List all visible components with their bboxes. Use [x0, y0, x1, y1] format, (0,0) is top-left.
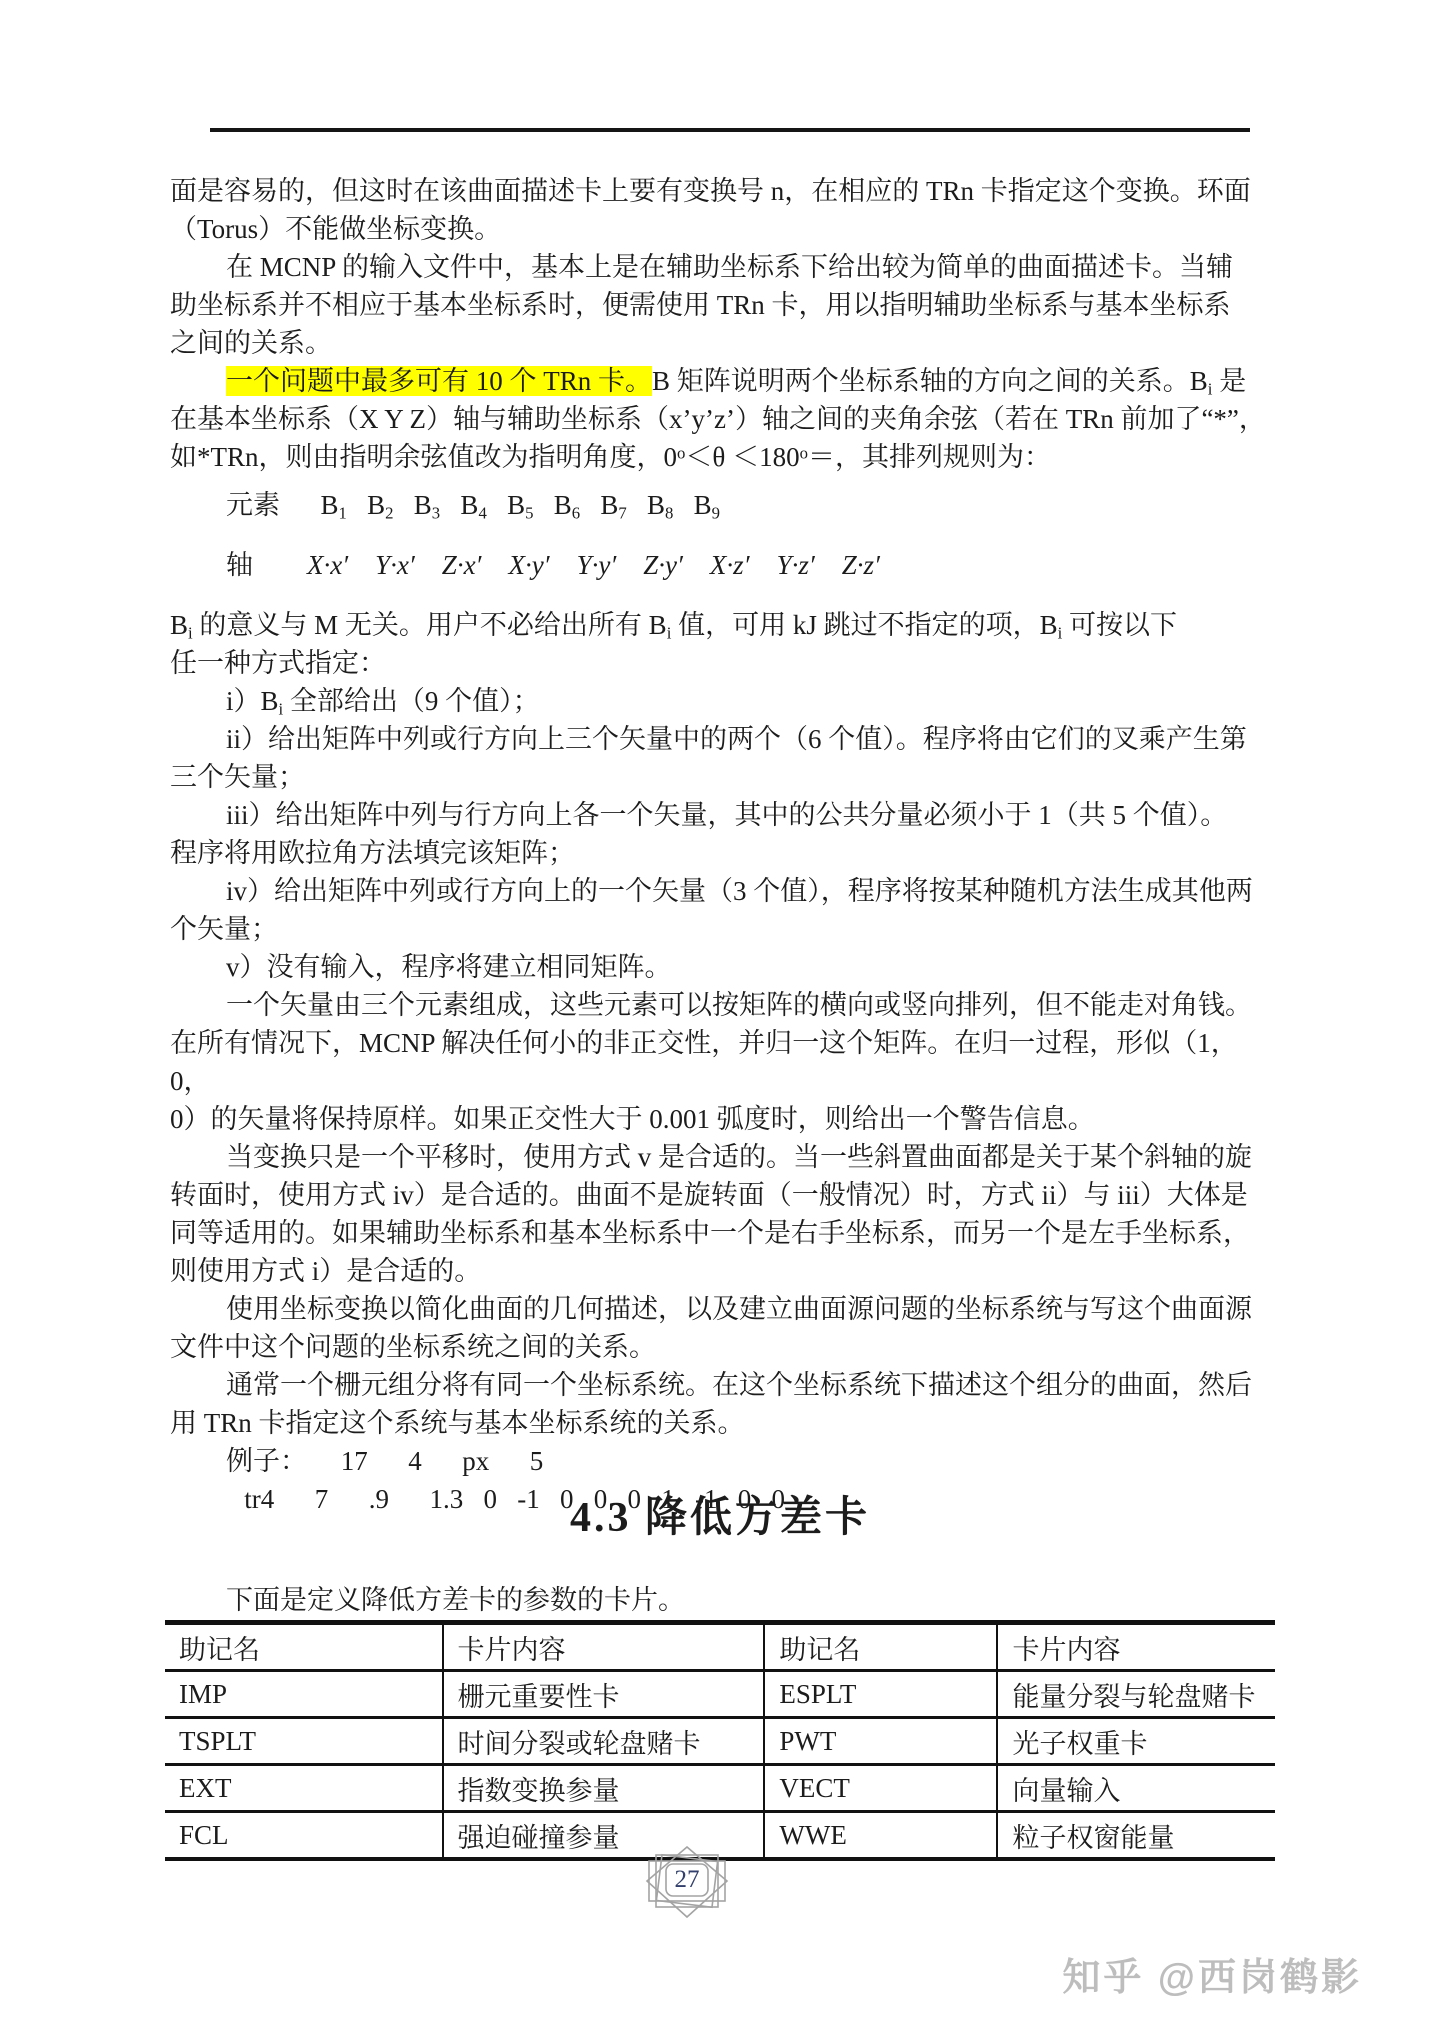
text-segment: Z·z′: [842, 550, 880, 580]
text-segment: 轴: [226, 550, 307, 580]
text-line: 一个矢量由三个元素组成，这些元素可以按矩阵的横向或竖向排列，但不能走对角钱。: [170, 986, 1276, 1024]
text-segment: 7: [618, 504, 626, 523]
table-cell: 粒子权窗能量: [997, 1812, 1275, 1860]
text-segment: B: [554, 490, 572, 520]
text-segment: 元素: [226, 490, 321, 520]
body-text: 面是容易的，但这时在该曲面描述卡上要有变换号 n，在相应的 TRn 卡指定这个变…: [170, 172, 1276, 1518]
text-line: 轴 X·x′ Y·x′ Z·x′ X·y′ Y·y′ Z·y′ X·z′ Y·z…: [170, 546, 1276, 584]
text-segment: [415, 550, 442, 580]
table-intro: 下面是定义降低方差卡的参数的卡片。: [226, 1578, 685, 1617]
text-line: 使用坐标变换以简化曲面的几何描述，以及建立曲面源问题的坐标系统与写这个曲面源: [170, 1290, 1276, 1328]
text-segment: B: [414, 490, 432, 520]
table-row: IMP栅元重要性卡ESPLT能量分裂与轮盘赌卡: [165, 1671, 1275, 1718]
text-segment: [347, 490, 367, 520]
text-segment: B: [170, 610, 188, 640]
document-page: 面是容易的，但这时在该曲面描述卡上要有变换号 n，在相应的 TRn 卡指定这个变…: [0, 0, 1440, 2037]
text-segment: B: [507, 490, 525, 520]
text-segment: B: [367, 490, 385, 520]
text-segment: B: [460, 490, 478, 520]
text-segment: [627, 490, 647, 520]
table-cell: ESPLT: [764, 1671, 997, 1718]
text-segment: iii）给出矩阵中列与行方向上各一个矢量，其中的公共分量必须小于 1（共 5 个…: [226, 800, 1227, 830]
text-segment: [616, 550, 643, 580]
watermark: 知乎 @西岗鹤影: [1062, 1946, 1362, 2001]
variance-reduction-cards-table: 助记名卡片内容助记名卡片内容 IMP栅元重要性卡ESPLT能量分裂与轮盘赌卡TS…: [165, 1620, 1275, 1861]
text-segment: 如*TRn，则由指明余弦值改为指明角度，0: [170, 442, 677, 472]
table-cell: 栅元重要性卡: [443, 1671, 765, 1718]
table-cell: EXT: [165, 1765, 443, 1812]
text-segment: 0）的矢量将保持原样。如果正交性大于 0.001 弧度时，则给出一个警告信息。: [170, 1104, 1095, 1134]
table-row: TSPLT时间分裂或轮盘赌卡PWT光子权重卡: [165, 1718, 1275, 1765]
text-segment: i）B: [226, 686, 279, 716]
table-cell: FCL: [165, 1812, 443, 1860]
text-segment: Y·y′: [577, 550, 617, 580]
text-segment: 通常一个栅元组分将有同一个坐标系统。在这个坐标系统下描述这个组分的曲面，然后: [226, 1370, 1252, 1400]
text-segment: 程序将用欧拉角方法填完该矩阵；: [170, 838, 575, 868]
text-line: 如*TRn，则由指明余弦值改为指明角度，0o＜θ ＜180o＝，其排列规则为：: [170, 438, 1276, 476]
text-line: 文件中这个问题的坐标系统之间的关系。: [170, 1328, 1276, 1366]
highlighted-text: 一个问题中最多可有 10 个 TRn 卡。: [226, 366, 652, 396]
table-cell: 指数变换参量: [443, 1765, 765, 1812]
text-segment: [348, 550, 375, 580]
text-segment: 在基本坐标系（X Y Z）轴与辅助坐标系（x’y’z’）轴之间的夹角余弦（若在 …: [170, 404, 1266, 434]
text-segment: B: [694, 490, 712, 520]
text-segment: ii）给出矩阵中列或行方向上三个矢量中的两个（6 个值）。程序将由它们的叉乘产生…: [226, 724, 1247, 754]
text-segment: o: [800, 443, 808, 462]
text-line: 当变换只是一个平移时，使用方式 v 是合适的。当一些斜置曲面都是关于某个斜轴的旋: [170, 1138, 1276, 1176]
text-line: iv）给出矩阵中列或行方向上的一个矢量（3 个值），程序将按某种随机方法生成其他…: [170, 872, 1276, 910]
text-segment: 转面时，使用方式 iv）是合适的。曲面不是旋转面（一般情况）时，方式 ii）与 …: [170, 1180, 1248, 1210]
text-segment: 1: [339, 504, 347, 523]
text-segment: B 矩阵说明两个坐标系轴的方向之间的关系。B: [652, 366, 1208, 396]
text-segment: 一个矢量由三个元素组成，这些元素可以按矩阵的横向或竖向排列，但不能走对角钱。: [226, 990, 1252, 1020]
text-line: 元素 B1 B2 B3 B4 B5 B6 B7 B8 B9: [170, 486, 1276, 524]
text-segment: [440, 490, 460, 520]
table-row: EXT指数变换参量VECT向量输入: [165, 1765, 1275, 1812]
text-segment: [580, 490, 600, 520]
text-segment: [533, 490, 553, 520]
text-segment: 6: [572, 504, 580, 523]
text-segment: 面是容易的，但这时在该曲面描述卡上要有变换号 n，在相应的 TRn 卡指定这个变…: [170, 176, 1251, 206]
text-segment: ＝，其排列规则为：: [808, 442, 1051, 472]
text-segment: [487, 490, 507, 520]
table-cell: 能量分裂与轮盘赌卡: [997, 1671, 1275, 1718]
text-segment: X·x′: [307, 550, 348, 580]
table-header-row: 助记名卡片内容助记名卡片内容: [165, 1623, 1275, 1671]
text-segment: 当变换只是一个平移时，使用方式 v 是合适的。当一些斜置曲面都是关于某个斜轴的旋: [226, 1142, 1252, 1172]
table-header-cell: 卡片内容: [997, 1623, 1275, 1671]
text-segment: 在 MCNP 的输入文件中，基本上是在辅助坐标系下给出较为简单的曲面描述卡。当辅: [226, 252, 1233, 282]
text-segment: Z·x′: [442, 550, 482, 580]
text-segment: 是: [1212, 366, 1246, 396]
text-line: 在所有情况下，MCNP 解决任何小的非正交性，并归一这个矩阵。在归一过程，形似（…: [170, 1024, 1276, 1100]
text-segment: X·z′: [710, 550, 750, 580]
page-number: 27: [645, 1866, 729, 1894]
text-segment: 2: [385, 504, 393, 523]
table-cell: 向量输入: [997, 1765, 1275, 1812]
text-segment: [815, 550, 842, 580]
text-line: 0）的矢量将保持原样。如果正交性大于 0.001 弧度时，则给出一个警告信息。: [170, 1100, 1276, 1138]
text-line: 程序将用欧拉角方法填完该矩阵；: [170, 834, 1276, 872]
text-segment: [673, 490, 693, 520]
section-heading: 4.3 降低方差卡: [0, 1484, 1440, 1544]
text-segment: [394, 490, 414, 520]
text-segment: X·y′: [508, 550, 549, 580]
text-line: 面是容易的，但这时在该曲面描述卡上要有变换号 n，在相应的 TRn 卡指定这个变…: [170, 172, 1276, 210]
text-line: 个矢量；: [170, 910, 1276, 948]
text-line: i）Bi 全部给出（9 个值）；: [170, 682, 1276, 720]
text-segment: 例子： 17 4 px 5: [226, 1446, 543, 1476]
text-line: 同等适用的。如果辅助坐标系和基本坐标系中一个是右手坐标系，而另一个是左手坐标系，: [170, 1214, 1276, 1252]
text-line: v）没有输入，程序将建立相同矩阵。: [170, 948, 1276, 986]
text-segment: Z·y′: [643, 550, 683, 580]
text-segment: 则使用方式 i）是合适的。: [170, 1256, 481, 1286]
text-segment: [683, 550, 710, 580]
text-line: Bi 的意义与 M 无关。用户不必给出所有 Bi 值，可用 kJ 跳过不指定的项…: [170, 606, 1276, 644]
header-rule: [210, 128, 1250, 132]
table-cell: IMP: [165, 1671, 443, 1718]
text-line: （Torus）不能做坐标变换。: [170, 210, 1276, 248]
text-segment: 之间的关系。: [170, 328, 332, 358]
table-header-cell: 助记名: [764, 1623, 997, 1671]
text-line: 任一种方式指定：: [170, 644, 1276, 682]
text-segment: 三个矢量；: [170, 762, 305, 792]
text-segment: 在所有情况下，MCNP 解决任何小的非正交性，并归一这个矩阵。在归一过程，形似（…: [170, 1028, 1238, 1096]
text-line: 用 TRn 卡指定这个系统与基本坐标系统的关系。: [170, 1404, 1276, 1442]
text-segment: v）没有输入，程序将建立相同矩阵。: [226, 952, 672, 982]
text-line: 转面时，使用方式 iv）是合适的。曲面不是旋转面（一般情况）时，方式 ii）与 …: [170, 1176, 1276, 1214]
text-segment: B: [600, 490, 618, 520]
text-segment: 任一种方式指定：: [170, 648, 386, 678]
text-segment: 同等适用的。如果辅助坐标系和基本坐标系中一个是右手坐标系，而另一个是左手坐标系，: [170, 1218, 1250, 1248]
text-line: 例子： 17 4 px 5: [170, 1442, 1276, 1480]
table-header-cell: 助记名: [165, 1623, 443, 1671]
text-segment: 的意义与 M 无关。用户不必给出所有 B: [193, 610, 667, 640]
text-segment: 可按以下: [1062, 610, 1177, 640]
text-line: iii）给出矩阵中列与行方向上各一个矢量，其中的公共分量必须小于 1（共 5 个…: [170, 796, 1276, 834]
text-segment: 助坐标系并不相应于基本坐标系时，便需使用 TRn 卡，用以指明辅助坐标系与基本坐…: [170, 290, 1231, 320]
text-segment: Y·z′: [777, 550, 815, 580]
text-line: ii）给出矩阵中列或行方向上三个矢量中的两个（6 个值）。程序将由它们的叉乘产生…: [170, 720, 1276, 758]
text-line: 在基本坐标系（X Y Z）轴与辅助坐标系（x’y’z’）轴之间的夹角余弦（若在 …: [170, 400, 1276, 438]
table-cell: TSPLT: [165, 1718, 443, 1765]
text-segment: B: [647, 490, 665, 520]
text-segment: 值，可用 kJ 跳过不指定的项，B: [671, 610, 1057, 640]
text-segment: 3: [432, 504, 440, 523]
text-segment: 全部给出（9 个值）；: [283, 686, 540, 716]
text-segment: ＜θ ＜180: [685, 442, 799, 472]
text-segment: 个矢量；: [170, 914, 278, 944]
text-segment: [550, 550, 577, 580]
text-segment: 使用坐标变换以简化曲面的几何描述，以及建立曲面源问题的坐标系统与写这个曲面源: [226, 1294, 1252, 1324]
table-cell: 光子权重卡: [997, 1718, 1275, 1765]
text-segment: [750, 550, 777, 580]
text-segment: B: [321, 490, 339, 520]
text-line: 通常一个栅元组分将有同一个坐标系统。在这个坐标系统下描述这个组分的曲面，然后: [170, 1366, 1276, 1404]
page-number-ornament: 27: [645, 1846, 729, 1920]
text-segment: 9: [712, 504, 720, 523]
table-header-cell: 卡片内容: [443, 1623, 765, 1671]
text-line: 一个问题中最多可有 10 个 TRn 卡。B 矩阵说明两个坐标系轴的方向之间的关…: [170, 362, 1276, 400]
text-segment: （Torus）不能做坐标变换。: [170, 214, 501, 244]
text-line: 三个矢量；: [170, 758, 1276, 796]
table-cell: WWE: [764, 1812, 997, 1860]
text-segment: 文件中这个问题的坐标系统之间的关系。: [170, 1332, 656, 1362]
text-segment: 4: [478, 504, 486, 523]
text-segment: [481, 550, 508, 580]
text-line: 助坐标系并不相应于基本坐标系时，便需使用 TRn 卡，用以指明辅助坐标系与基本坐…: [170, 286, 1276, 324]
text-segment: 用 TRn 卡指定这个系统与基本坐标系统的关系。: [170, 1408, 745, 1438]
text-line: 则使用方式 i）是合适的。: [170, 1252, 1276, 1290]
table-cell: 时间分裂或轮盘赌卡: [443, 1718, 765, 1765]
text-segment: iv）给出矩阵中列或行方向上的一个矢量（3 个值），程序将按某种随机方法生成其他…: [226, 876, 1253, 906]
table-cell: VECT: [764, 1765, 997, 1812]
text-line: 在 MCNP 的输入文件中，基本上是在辅助坐标系下给出较为简单的曲面描述卡。当辅: [170, 248, 1276, 286]
table-cell: PWT: [764, 1718, 997, 1765]
text-line: 之间的关系。: [170, 324, 1276, 362]
text-segment: Y·x′: [375, 550, 415, 580]
